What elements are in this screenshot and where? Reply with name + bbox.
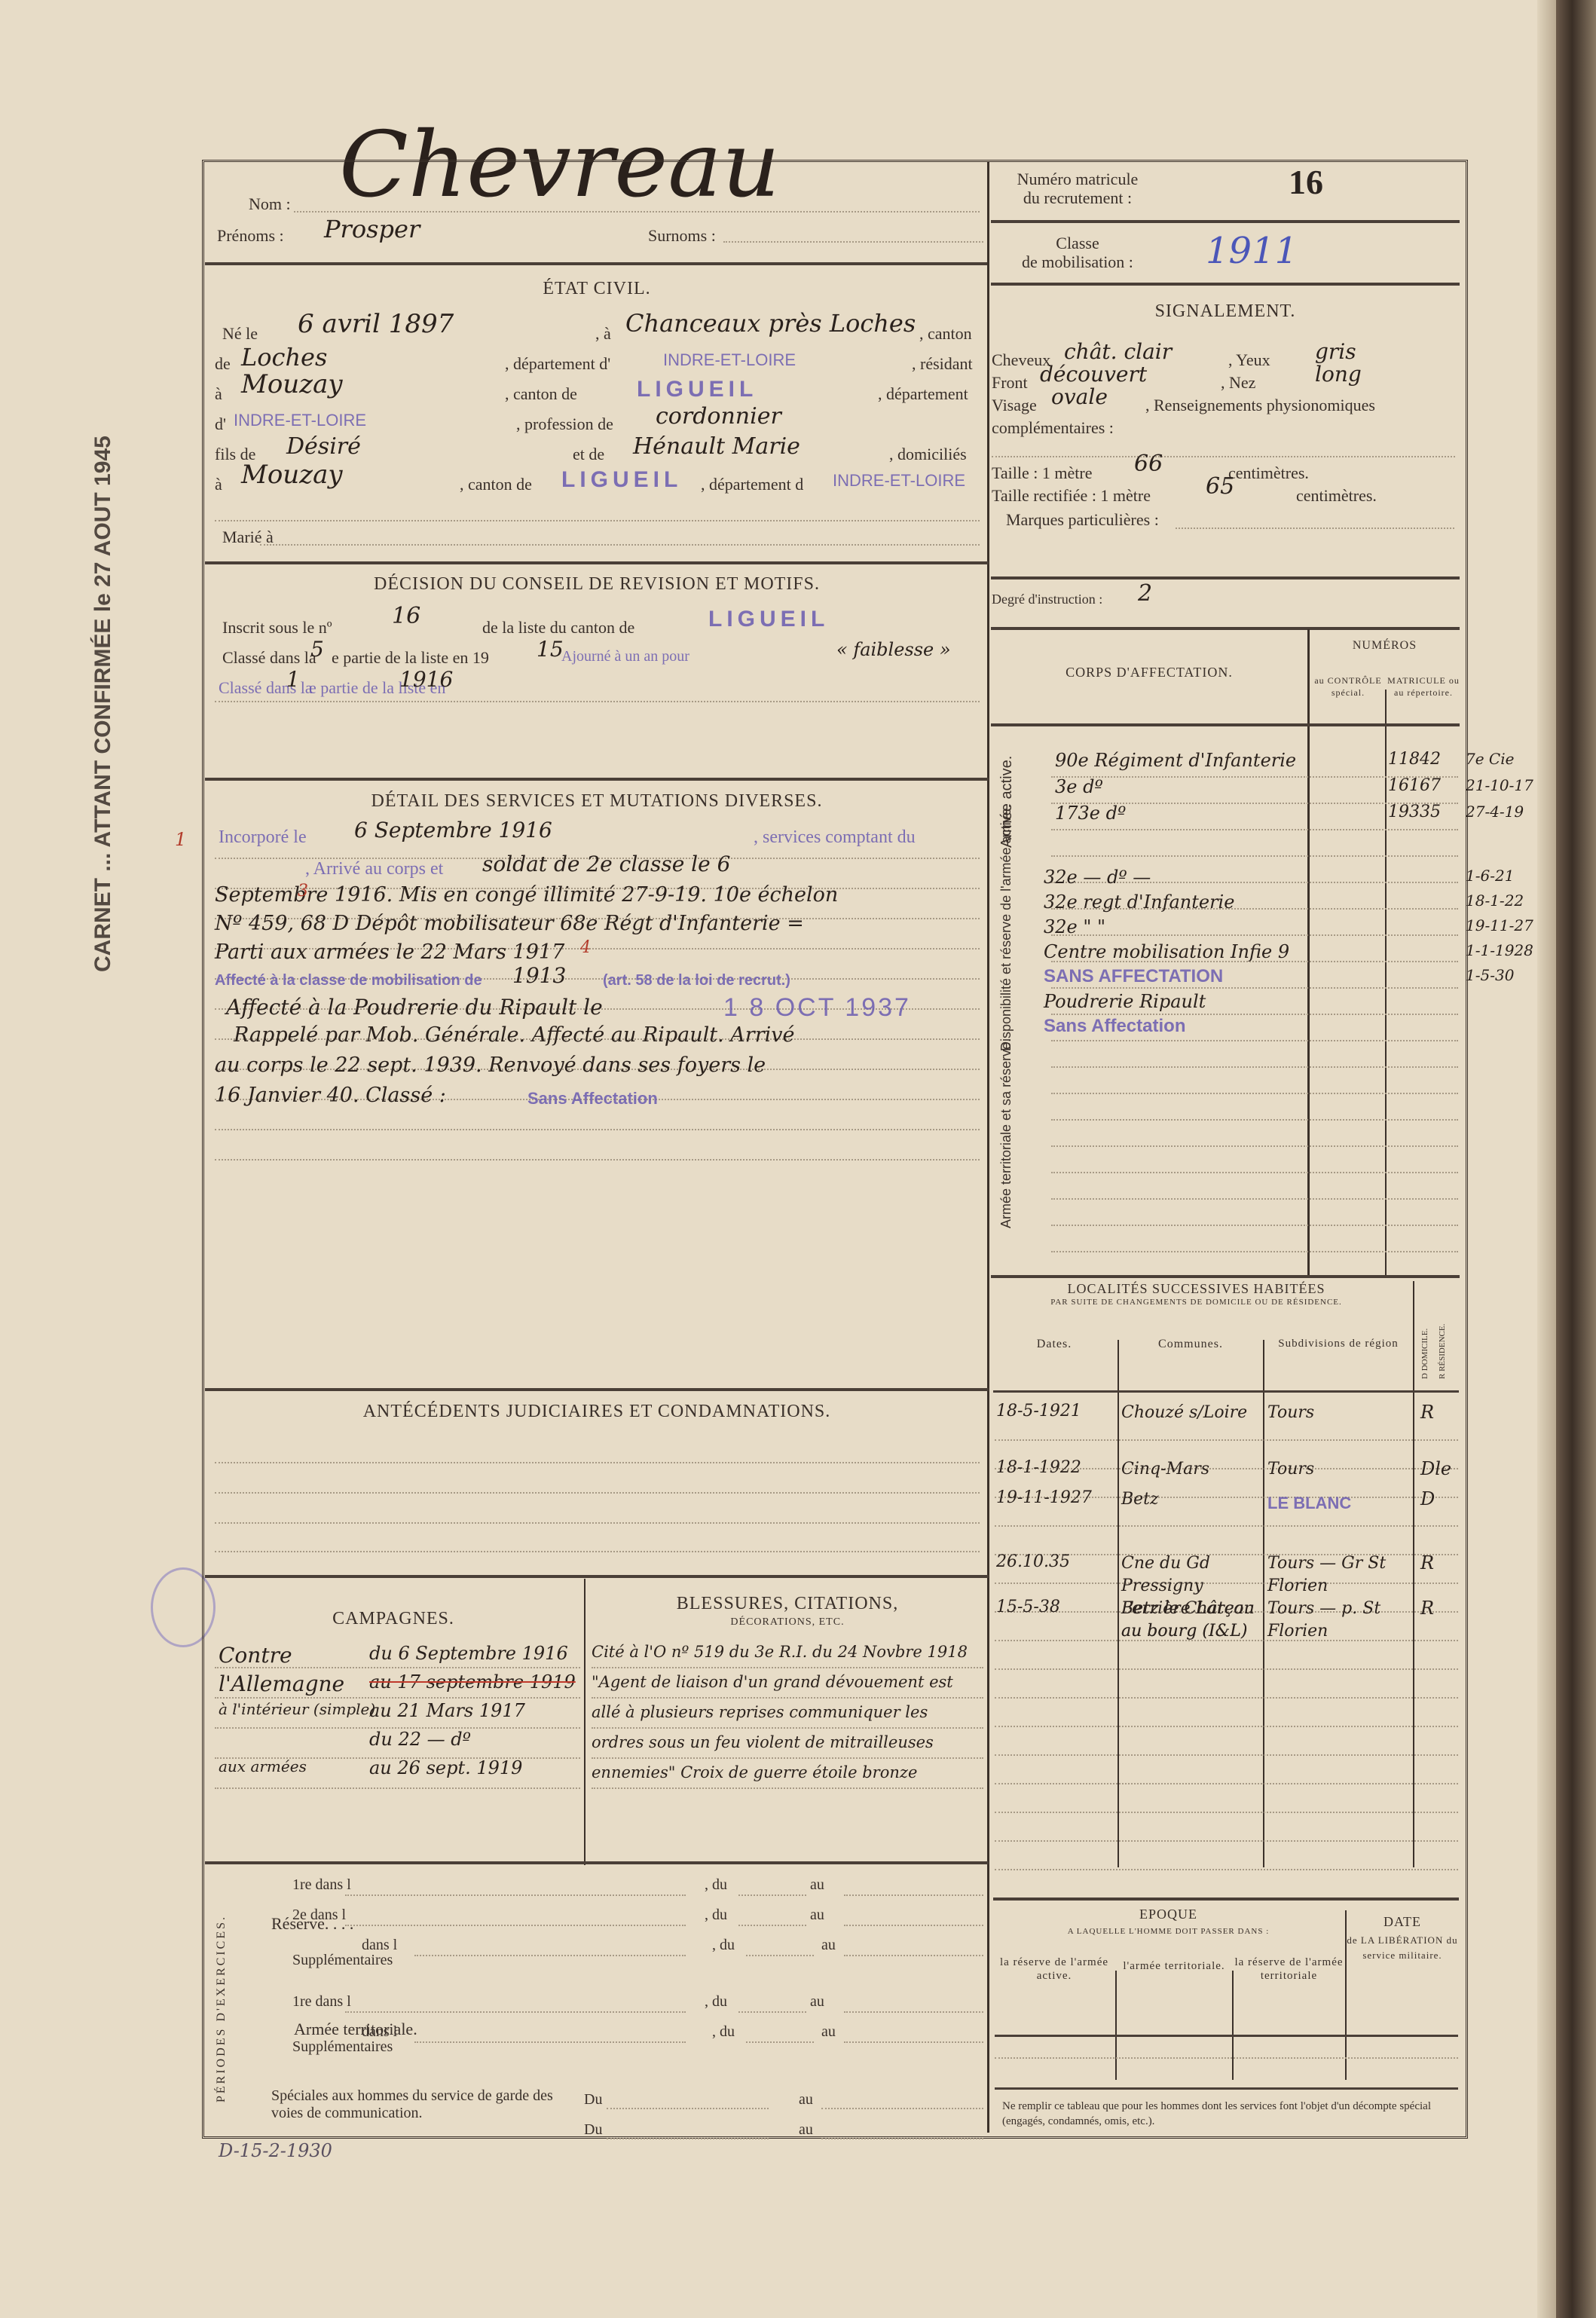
ajourne: Ajourné à un an pour bbox=[561, 648, 689, 665]
matricule-value: 16 bbox=[1289, 162, 1323, 202]
controle-col: au CONTRÔLE spécial. bbox=[1311, 674, 1385, 699]
matricule-col: MATRICULE ou au répertoire. bbox=[1387, 674, 1460, 699]
services-title: DÉTAIL DES SERVICES ET MUTATIONS DIVERSE… bbox=[205, 791, 989, 812]
ruled-line bbox=[844, 1925, 983, 1926]
campagne-right: du 6 Septembre 1916 bbox=[369, 1643, 568, 1664]
services-comptant: , services comptant du bbox=[754, 827, 916, 848]
ruled-line bbox=[592, 1757, 983, 1759]
classe2-partie: 1 bbox=[286, 667, 300, 692]
incorpore-label: Incorporé le bbox=[219, 827, 307, 848]
disponibilite-date: 1-6-21 bbox=[1466, 867, 1514, 885]
localite-date: 26.10.35 bbox=[996, 1552, 1070, 1571]
du-label: , du bbox=[705, 1993, 727, 2011]
localite-date: 18-5-1921 bbox=[996, 1402, 1081, 1420]
ruled-line bbox=[1051, 1093, 1458, 1094]
ruled-line bbox=[995, 1840, 1458, 1842]
du-label: , du bbox=[712, 1937, 735, 1954]
col-residence: R RÉSIDENCE. bbox=[1438, 1324, 1447, 1379]
motif: « faiblesse » bbox=[836, 639, 951, 660]
campagne-right: au 21 Mars 1917 bbox=[369, 1700, 525, 1721]
bottom-note: D-15-2-1930 bbox=[219, 2140, 332, 2161]
date-title: DATE bbox=[1347, 1914, 1458, 1930]
ruled-line bbox=[738, 1894, 806, 1896]
inscrit-label: Inscrit sous le nº bbox=[222, 618, 332, 638]
ruled-line bbox=[995, 1726, 1458, 1727]
ruled-line bbox=[345, 2011, 686, 2013]
periode-label: 2e dans l bbox=[292, 1907, 346, 1924]
citation-line: ordres sous un feu violent de mitrailleu… bbox=[592, 1733, 934, 1751]
ruled-line bbox=[1051, 987, 1458, 989]
a3-label: à bbox=[215, 475, 222, 494]
corps-entry: 90e Régiment d'Infanterie bbox=[1055, 750, 1296, 771]
ruled-line bbox=[995, 1525, 1458, 1527]
matricule-label-2: du recrutement : bbox=[1002, 188, 1153, 208]
ruled-line bbox=[215, 1697, 580, 1699]
antecedents-title: ANTÉCÉDENTS JUDICIAIRES ET CONDAMNATIONS… bbox=[205, 1402, 989, 1422]
services-line: au corps le 22 sept. 1939. Renvoyé dans … bbox=[215, 1053, 766, 1077]
art-loi-stamp: (art. 58 de la loi de recrut.) bbox=[603, 972, 790, 989]
epoque-col3: la réserve de l'armée territoriale bbox=[1234, 1956, 1344, 1983]
departement-residence: INDRE-ET-LOIRE bbox=[234, 411, 366, 430]
services-line: Parti aux armées le 22 Mars 1917 bbox=[215, 940, 564, 964]
ruled-line bbox=[995, 1754, 1458, 1756]
matricule-entry: 11842 bbox=[1388, 750, 1441, 769]
affecte-classe-stamp: Affecté à la classe de mobilisation de bbox=[215, 972, 482, 989]
degre: 2 bbox=[1138, 580, 1152, 607]
centimetres-label-2: centimètres. bbox=[1296, 486, 1377, 506]
campagne-left: à l'intérieur (simple) bbox=[219, 1700, 375, 1718]
disponibilite-date: 1-5-30 bbox=[1466, 966, 1514, 984]
localite-commune: Cinq-Mars bbox=[1121, 1458, 1261, 1481]
classe1-label: Classé dans la bbox=[222, 648, 316, 668]
a2-label: à bbox=[215, 384, 222, 404]
supplementaires-label: Supplémentaires bbox=[292, 2038, 393, 2056]
corps-entry: 3e dº bbox=[1055, 776, 1103, 797]
ruled-line bbox=[1051, 1066, 1458, 1068]
du-label: , du bbox=[712, 2023, 735, 2041]
localite-subdivision: Tours — Gr St Florien bbox=[1267, 1552, 1411, 1598]
ruled-line bbox=[1051, 1198, 1458, 1200]
matricule-entry: 19335 bbox=[1388, 803, 1441, 821]
liste-label: de la liste du canton de bbox=[482, 618, 634, 638]
centimetres-label: centimètres. bbox=[1228, 463, 1309, 483]
campagne-right: au 26 sept. 1919 bbox=[369, 1757, 522, 1778]
ruled-line bbox=[1051, 1225, 1458, 1226]
classe-label-2: de mobilisation : bbox=[1002, 252, 1153, 272]
departement-parents: INDRE-ET-LOIRE bbox=[833, 471, 965, 491]
ruled-line bbox=[215, 1129, 980, 1130]
campagnes-title: CAMPAGNES. bbox=[205, 1609, 582, 1629]
canton-label: , canton bbox=[919, 324, 972, 344]
campagne-left: l'Allemagne bbox=[219, 1671, 344, 1696]
ruled-line bbox=[1051, 855, 1458, 857]
citation-line: Cité à l'O nº 519 du 3e R.I. du 24 Novbr… bbox=[592, 1643, 968, 1661]
ruled-line bbox=[215, 1787, 580, 1789]
campagne-left: aux armées bbox=[219, 1757, 307, 1775]
book-binding bbox=[1556, 0, 1596, 2318]
ruled-line bbox=[746, 1955, 814, 1956]
taille: 66 bbox=[1134, 451, 1163, 477]
taille-label: Taille : 1 mètre bbox=[992, 463, 1092, 483]
affecte-classe-year: 1913 bbox=[512, 963, 566, 988]
corps-date: 27-4-19 bbox=[1466, 803, 1524, 821]
services-line: 16 Janvier 40. Classé : bbox=[215, 1084, 446, 1107]
ruled-line bbox=[1051, 1172, 1458, 1173]
prenoms-value: Prosper bbox=[324, 215, 420, 243]
au-label: au bbox=[821, 2023, 836, 2041]
localite-dr: R bbox=[1420, 1598, 1434, 1619]
profession-label: , profession de bbox=[516, 414, 613, 434]
supplementaires-label: Supplémentaires bbox=[292, 1952, 393, 1969]
localite-subdivision: Tours bbox=[1267, 1402, 1411, 1424]
complementaires-label: complémentaires : bbox=[992, 418, 1114, 438]
ruled-line bbox=[995, 1697, 1458, 1699]
ruled-line bbox=[1051, 934, 1458, 936]
lieu-naissance: Chanceaux près Loches bbox=[625, 309, 916, 338]
disponibilite-date: 19-11-27 bbox=[1466, 916, 1533, 934]
localite-date: 15-5-38 bbox=[996, 1598, 1060, 1616]
departement-naissance: INDRE-ET-LOIRE bbox=[663, 350, 796, 370]
col-domicile: D DOMICILE. bbox=[1420, 1329, 1429, 1379]
decision-title: DÉCISION DU CONSEIL DE REVISION ET MOTIF… bbox=[205, 574, 989, 595]
ruled-line bbox=[995, 1439, 1458, 1441]
du-label: Du bbox=[584, 2091, 602, 2109]
date-sub: de LA LIBÉRATION du service militaire. bbox=[1347, 1933, 1458, 1963]
taille-rect-label: Taille rectifiée : 1 mètre bbox=[992, 486, 1151, 506]
ruled-line bbox=[844, 2041, 983, 2043]
localite-commune: Chouzé s/Loire bbox=[1121, 1402, 1261, 1424]
au-label: au bbox=[810, 1993, 824, 2011]
departement2-label: , département bbox=[878, 384, 968, 404]
localite-subdivision: Tours bbox=[1267, 1458, 1411, 1481]
du-label: Du bbox=[584, 2121, 602, 2139]
canton-parents: LIGUEIL bbox=[561, 467, 682, 493]
ruled-line bbox=[592, 1787, 983, 1789]
surnoms-label: Surnoms : bbox=[648, 226, 716, 246]
ne-le-label: Né le bbox=[222, 324, 258, 344]
periodes-side-label: PÉRIODES D'EXERCICES. bbox=[215, 1915, 228, 2102]
blessures-subtitle: DÉCORATIONS, ETC. bbox=[588, 1616, 987, 1628]
classe-value: 1911 bbox=[1206, 230, 1298, 272]
ruled-line bbox=[738, 2011, 806, 2013]
date-naissance: 6 avril 1897 bbox=[298, 309, 454, 339]
renseignements-label: , Renseignements physionomiques bbox=[1145, 396, 1375, 415]
classe1-partie: 5 bbox=[310, 637, 324, 662]
speciales-label: Spéciales aux hommes du service de garde… bbox=[271, 2087, 565, 2122]
page-edge bbox=[1537, 0, 1556, 2318]
ruled-line bbox=[995, 1812, 1458, 1813]
classe1-suffix: e partie de la liste en 19 bbox=[332, 648, 489, 668]
corps-col-title: CORPS D'AFFECTATION. bbox=[991, 665, 1307, 680]
margin-mark: 3 bbox=[298, 882, 308, 901]
ruled-line bbox=[1051, 829, 1458, 830]
nom-label: Nom : bbox=[249, 194, 291, 214]
ruled-line bbox=[607, 2108, 769, 2109]
campagne-right: du 22 — dº bbox=[369, 1729, 471, 1750]
au-label: au bbox=[810, 1876, 824, 1894]
sans-affectation-stamp: Sans Affectation bbox=[527, 1089, 658, 1109]
services-line: Rappelé par Mob. Générale. Affecté au Ri… bbox=[234, 1023, 794, 1047]
group-territoriale: Armée territoriale et sa réserve. bbox=[998, 1038, 1014, 1228]
corps-entry: 173e dº bbox=[1055, 803, 1126, 824]
matricule-label-1: Numéro matricule bbox=[1002, 170, 1153, 189]
epoque-subtitle: A LAQUELLE L'HOMME DOIT PASSER DANS : bbox=[993, 1927, 1344, 1936]
ruled-line bbox=[821, 2138, 983, 2139]
ruled-line bbox=[746, 2041, 814, 2043]
ruled-line bbox=[1051, 1119, 1458, 1121]
etat-civil-title: ÉTAT CIVIL. bbox=[205, 279, 989, 299]
localite-date: 19-11-1927 bbox=[996, 1488, 1092, 1507]
disponibilite-entry: Sans Affectation bbox=[1044, 1016, 1185, 1037]
du-label: , du bbox=[705, 1876, 727, 1894]
residant-label: , résidant bbox=[912, 354, 973, 374]
ruled-line bbox=[844, 2011, 983, 2013]
ruled-line bbox=[821, 2108, 983, 2109]
departement-label: , département d' bbox=[505, 354, 610, 374]
localite-subdivision: LE BLANC bbox=[1267, 1492, 1411, 1515]
disponibilite-date: 18-1-22 bbox=[1466, 891, 1524, 910]
corps-date: 21-10-17 bbox=[1466, 776, 1533, 794]
ruled-line bbox=[995, 1869, 1458, 1870]
services-line: Nº 459, 68 D Dépôt mobilisateur 68e Régt… bbox=[215, 912, 804, 935]
front: découvert bbox=[1040, 362, 1147, 387]
col-dates: Dates. bbox=[991, 1338, 1118, 1351]
visage: ovale bbox=[1051, 384, 1108, 409]
marques-label: Marques particulières : bbox=[1006, 510, 1159, 530]
profession: cordonnier bbox=[656, 403, 781, 430]
decision-canton: LIGUEIL bbox=[708, 607, 829, 632]
ruled-line bbox=[414, 2041, 686, 2043]
front-label: Front bbox=[992, 373, 1028, 393]
citation-line: "Agent de liaison d'un grand dévouement … bbox=[592, 1673, 953, 1691]
inscrit-no: 16 bbox=[392, 603, 420, 629]
yeux-label: , Yeux bbox=[1228, 350, 1270, 370]
canton-de-label: , canton de bbox=[505, 384, 577, 404]
localite-dr: R bbox=[1420, 1402, 1434, 1423]
cheveux: chât. clair bbox=[1064, 339, 1172, 364]
matricule-entry: 16167 bbox=[1388, 776, 1441, 795]
yeux: gris bbox=[1315, 339, 1356, 364]
territoriale-label: Armée territoriale. bbox=[294, 2020, 417, 2039]
margin-mark: 1 bbox=[175, 829, 186, 850]
disponibilite-entry: 32e " " bbox=[1044, 916, 1105, 937]
domicile-parents: Mouzay bbox=[241, 460, 343, 490]
citation-line: ennemies" Croix de guerre étoile bronze bbox=[592, 1763, 917, 1781]
arrive-corps: , Arrivé au corps et bbox=[305, 859, 443, 879]
services-line: Septembre 1916. Mis en congé illimité 27… bbox=[215, 883, 838, 907]
localites-subtitle: PAR SUITE DE CHANGEMENTS DE DOMICILE OU … bbox=[991, 1298, 1402, 1307]
localite-subdivision: Tours — p. St Florien bbox=[1267, 1598, 1411, 1643]
au-label: au bbox=[810, 1907, 824, 1924]
services-line-2: soldat de 2e classe le 6 bbox=[482, 852, 730, 876]
au-label: au bbox=[799, 2091, 813, 2109]
domicilies-label: , domiciliés bbox=[889, 445, 967, 464]
disponibilite-entry: 32e — dº — bbox=[1044, 867, 1151, 888]
epoque-title: EPOQUE bbox=[993, 1907, 1344, 1922]
au-label: au bbox=[821, 1937, 836, 1954]
periode-label: 1re dans l bbox=[292, 1876, 351, 1894]
ruled-line bbox=[414, 1955, 686, 1956]
incorpore-date: 6 Septembre 1916 bbox=[354, 818, 552, 842]
nez-label: , Nez bbox=[1221, 373, 1255, 393]
et-de-label: et de bbox=[573, 445, 604, 464]
localite-dr: Dle bbox=[1420, 1458, 1451, 1479]
disponibilite-entry: 32e regt d'Infanterie bbox=[1044, 891, 1234, 913]
campagne-right: au 17 septembre 1919 bbox=[369, 1671, 576, 1693]
ruled-line bbox=[592, 1697, 983, 1699]
localites-title: LOCALITÉS SUCCESSIVES HABITÉES bbox=[991, 1281, 1402, 1297]
poudrerie-line: Affecté à la Poudrerie du Ripault le bbox=[226, 995, 603, 1020]
margin-mark: 4 bbox=[580, 938, 591, 957]
classe1-annee: 15 bbox=[537, 637, 564, 662]
corps-date: 7e Cie bbox=[1466, 750, 1514, 768]
confirmation-stamp: CARNET ... ATTANT CONFIRMÉE le 27 AOUT 1… bbox=[90, 436, 116, 972]
disponibilite-date: 1-1-1928 bbox=[1466, 941, 1533, 959]
canton-residence: LIGUEIL bbox=[637, 377, 757, 402]
localite-date: 18-1-1922 bbox=[996, 1458, 1081, 1477]
pere: Désiré bbox=[286, 433, 361, 460]
canton-naissance: Loches bbox=[241, 343, 327, 372]
degre-label: Degré d'instruction : bbox=[992, 592, 1102, 607]
epoque-note: Ne remplir ce tableau que pour les homme… bbox=[1002, 2099, 1454, 2129]
au-label: au bbox=[799, 2121, 813, 2139]
campagne-left: Contre bbox=[219, 1643, 292, 1668]
ruled-line bbox=[345, 1894, 686, 1896]
ruled-line bbox=[995, 1783, 1458, 1784]
d-label: d' bbox=[215, 414, 226, 434]
disponibilite-entry: SANS AFFECTATION bbox=[1044, 966, 1223, 987]
ruled-line bbox=[1051, 1251, 1458, 1252]
ruled-line bbox=[844, 1894, 983, 1896]
nez: long bbox=[1315, 362, 1362, 387]
ruled-line bbox=[1051, 1040, 1458, 1041]
localite-dr: R bbox=[1420, 1552, 1434, 1573]
localite-dr: D bbox=[1420, 1488, 1435, 1509]
de-label: de bbox=[215, 354, 231, 374]
col-communes: Communes. bbox=[1119, 1338, 1262, 1351]
blessures-title: BLESSURES, CITATIONS, bbox=[588, 1594, 987, 1614]
epoque-col1: la réserve de l'armée active. bbox=[995, 1956, 1114, 1983]
classe-label-1: Classe bbox=[1002, 234, 1153, 253]
ruled-line bbox=[1051, 1145, 1458, 1147]
taille-rectifiee: 65 bbox=[1206, 473, 1234, 500]
date-stamp: 1 8 OCT 1937 bbox=[723, 993, 911, 1023]
visage-label: Visage bbox=[992, 396, 1037, 415]
a-label: , à bbox=[595, 324, 611, 344]
col-subdivisions: Subdivisions de région bbox=[1264, 1338, 1412, 1350]
mere: Hénault Marie bbox=[633, 433, 800, 460]
ruled-line bbox=[215, 1159, 980, 1161]
ruled-line bbox=[1051, 1014, 1458, 1015]
ruled-line bbox=[607, 2138, 769, 2139]
register-page: CARNET ... ATTANT CONFIRMÉE le 27 AOUT 1… bbox=[0, 0, 1556, 2318]
du-label: , du bbox=[705, 1907, 727, 1924]
ruled-line bbox=[844, 1955, 983, 1956]
residence: Mouzay bbox=[241, 369, 343, 399]
prenoms-label: Prénoms : bbox=[217, 226, 284, 246]
disponibilite-entry: Poudrerie Ripault bbox=[1044, 991, 1206, 1012]
epoque-col2: l'armée territoriale. bbox=[1117, 1959, 1231, 1973]
classe2-annee: 1916 bbox=[399, 667, 453, 692]
ruled-line bbox=[995, 1668, 1458, 1670]
ruled-line bbox=[345, 1925, 686, 1926]
periode-label: 1re dans l bbox=[292, 1993, 351, 2011]
signalement-title: SIGNALEMENT. bbox=[991, 301, 1460, 322]
localite-commune: Betz le Château au bourg (I&L) bbox=[1121, 1598, 1261, 1643]
citation-line: allé à plusieurs reprises communiquer le… bbox=[592, 1703, 928, 1721]
departement3-label: , département d bbox=[701, 475, 803, 494]
numeros-title: NUMÉROS bbox=[1311, 639, 1458, 653]
ruled-line bbox=[592, 1667, 983, 1668]
ruled-line bbox=[592, 1727, 983, 1729]
group-disponibilite: Disponibilité et réserve de l'armée acti… bbox=[998, 855, 1014, 1051]
ruled-line bbox=[738, 1925, 806, 1926]
disponibilite-entry: Centre mobilisation Infie 9 bbox=[1044, 941, 1289, 962]
canton-de2-label: , canton de bbox=[460, 475, 532, 494]
localite-commune: Betz bbox=[1121, 1488, 1261, 1511]
